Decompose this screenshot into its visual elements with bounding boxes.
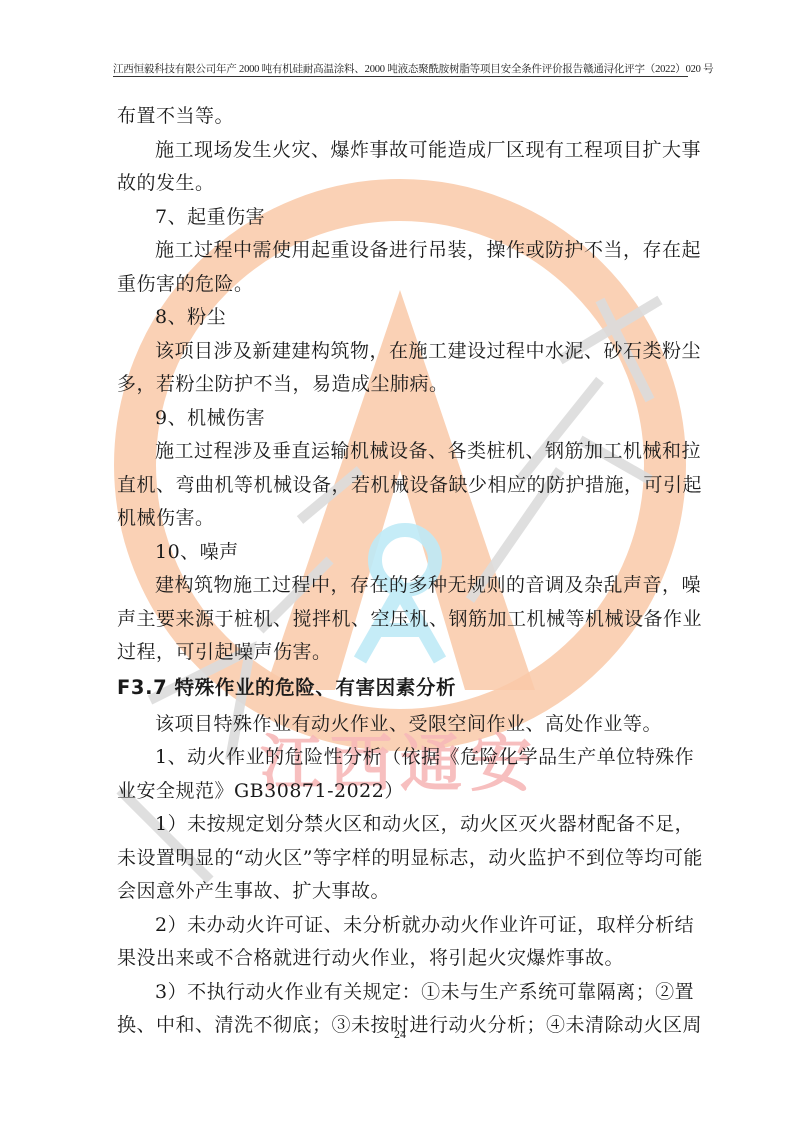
page-number: 24 [0, 1027, 800, 1042]
paragraph-line: 果没出来或不合格就进行动火作业，将引起火灾爆炸事故。 [117, 942, 687, 976]
paragraph-line: 施工过程涉及垂直运输机械设备、各类桩机、钢筋加工机械和拉 [117, 435, 687, 469]
paragraph-line: 布置不当等。 [117, 100, 687, 134]
paragraph-line: 会因意外产生事故、扩大事故。 [117, 875, 687, 909]
paragraph-line: 3）不执行动火作业有关规定：①未与生产系统可靠隔离；②置 [117, 976, 687, 1010]
paragraph-line: 声主要来源于桩机、搅拌机、空压机、钢筋加工机械等机械设备作业 [117, 603, 687, 637]
paragraph-line: 多，若粉尘防护不当，易造成尘肺病。 [117, 368, 687, 402]
paragraph-line: 故的发生。 [117, 167, 687, 201]
paragraph-line: 过程，可引起噪声伤害。 [117, 636, 687, 670]
paragraph-line: 重伤害的危险。 [117, 268, 687, 302]
subheading-mechanical-injury: 9、机械伤害 [117, 402, 687, 436]
paragraph-line: 建构筑物施工过程中，存在的多种无规则的音调及杂乱声音，噪 [117, 569, 687, 603]
page-header: 江西恒毅科技有限公司年产 2000 吨有机硅耐高温涂料、2000 吨液态聚酰胺树… [113, 58, 688, 77]
header-title: 江西恒毅科技有限公司年产 2000 吨有机硅耐高温涂料、2000 吨液态聚酰胺树… [113, 61, 583, 76]
subheading-dust: 8、粉尘 [117, 301, 687, 335]
page-content: 布置不当等。 施工现场发生火灾、爆炸事故可能造成厂区现有工程项目扩大事 故的发生… [117, 100, 687, 1043]
paragraph-line: 该项目特殊作业有动火作业、受限空间作业、高处作业等。 [117, 708, 687, 742]
subheading-lifting-injury: 7、起重伤害 [117, 201, 687, 235]
paragraph-line: 1、动火作业的危险性分析（依据《危险化学品生产单位特殊作 [117, 741, 687, 775]
section-heading: F3.7 特殊作业的危险、有害因素分析 [117, 670, 687, 708]
paragraph-line: 施工过程中需使用起重设备进行吊装，操作或防护不当，存在起 [117, 234, 687, 268]
paragraph-line: 机械伤害。 [117, 502, 687, 536]
paragraph-line: 施工现场发生火灾、爆炸事故可能造成厂区现有工程项目扩大事 [117, 134, 687, 168]
paragraph-line: 直机、弯曲机等机械设备，若机械设备缺少相应的防护措施，可引起 [117, 469, 687, 503]
header-doc-number: 赣通浔化评字（2022）020 号 [583, 61, 713, 76]
paragraph-line: 该项目涉及新建建构筑物，在施工建设过程中水泥、砂石类粉尘 [117, 335, 687, 369]
paragraph-line: 未设置明显的“动火区”等字样的明显标志，动火监护不到位等均可能 [117, 842, 687, 876]
paragraph-line: 1）未按规定划分禁火区和动火区，动火区灭火器材配备不足， [117, 808, 687, 842]
subheading-noise: 10、噪声 [117, 536, 687, 570]
paragraph-line: 业安全规范》GB30871-2022） [117, 775, 687, 809]
paragraph-line: 2）未办动火许可证、未分析就办动火作业许可证，取样分析结 [117, 909, 687, 943]
